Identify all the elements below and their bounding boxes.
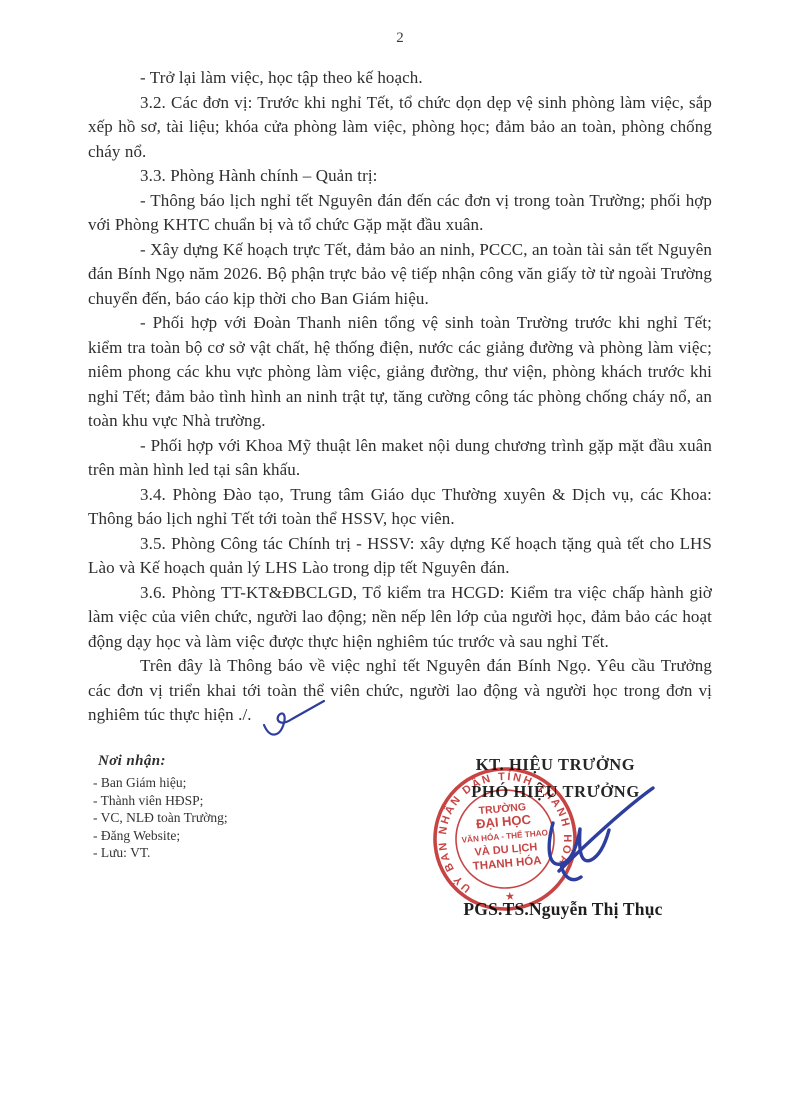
recipient-item: - Ban Giám hiệu; bbox=[93, 774, 353, 792]
paragraph: - Thông báo lịch nghỉ tết Nguyên đán đến… bbox=[88, 189, 712, 238]
recipient-item: - Đăng Website; bbox=[93, 827, 353, 845]
signature-loop-stroke bbox=[549, 823, 609, 864]
document-body: - Trở lại làm việc, học tập theo kế hoạc… bbox=[88, 66, 712, 728]
paragraph: 3.2. Các đơn vị: Trước khi nghỉ Tết, tổ … bbox=[88, 91, 712, 165]
paragraph: - Phối hợp với Đoàn Thanh niên tổng vệ s… bbox=[88, 311, 712, 434]
recipient-item: - Thành viên HĐSP; bbox=[93, 792, 353, 810]
paragraph: - Xây dựng Kế hoạch trực Tết, đảm bảo an… bbox=[88, 238, 712, 312]
recipient-item: - VC, NLĐ toàn Trường; bbox=[93, 809, 353, 827]
signature-initials-paraph-icon bbox=[256, 697, 330, 743]
recipients-heading: Nơi nhận: bbox=[98, 753, 353, 770]
paragraph: - Trở lại làm việc, học tập theo kế hoạc… bbox=[88, 66, 712, 91]
recipients-block: Nơi nhận: - Ban Giám hiệu; - Thành viên … bbox=[93, 753, 353, 862]
recipient-item: - Lưu: VT. bbox=[93, 844, 353, 862]
paragraph: 3.3. Phòng Hành chính – Quản trị: bbox=[88, 164, 712, 189]
paragraph: 3.5. Phòng Công tác Chính trị - HSSV: xâ… bbox=[88, 532, 712, 581]
page-number: 2 bbox=[0, 30, 800, 47]
paraph-stroke bbox=[264, 701, 324, 735]
paragraph: 3.6. Phòng TT-KT&ĐBCLGD, Tổ kiểm tra HCG… bbox=[88, 581, 712, 655]
document-page: 2 - Trở lại làm việc, học tập theo kế ho… bbox=[0, 0, 800, 1109]
paragraph: - Phối hợp với Khoa Mỹ thuật lên maket n… bbox=[88, 434, 712, 483]
handwritten-signature-icon bbox=[537, 783, 659, 893]
paragraph: Trên đây là Thông báo về việc nghỉ tết N… bbox=[88, 654, 712, 728]
signature-slash-stroke bbox=[559, 788, 653, 871]
paragraph: 3.4. Phòng Đào tạo, Trung tâm Giáo dục T… bbox=[88, 483, 712, 532]
stamp-star-icon: ★ bbox=[505, 890, 516, 903]
